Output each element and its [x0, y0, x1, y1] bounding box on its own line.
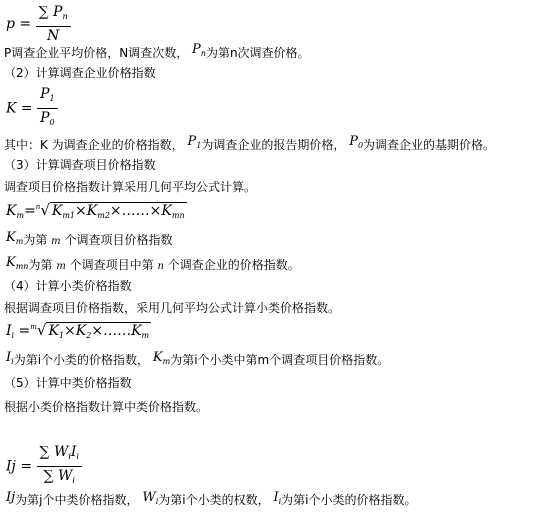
- fraction: ∑ Pn N: [36, 4, 71, 44]
- section-heading-5: （5）计算中类价格指数: [4, 376, 132, 390]
- formula-enterprise-index: K = P1 P0: [6, 86, 58, 131]
- formula-average-price: p = ∑ Pn N: [6, 4, 71, 44]
- equals-sign: =: [19, 16, 31, 32]
- description-line-6: 根据调查项目价格指数，采用几何平均公式计算小类价格指数。: [4, 301, 340, 315]
- symbol-pn: Pn: [192, 42, 206, 57]
- section-heading-3: （3）计算调查项目价格指数: [4, 158, 156, 172]
- formula-lhs: p: [6, 16, 15, 32]
- definition-line-5: Kmn为第 m 个调查项目中第 n 个调查企业的价格指数。: [6, 258, 300, 277]
- definition-line-4: Km为第 m 个调查项目价格指数: [6, 233, 172, 252]
- definition-line-7: Ii为第i个小类的价格指数， Km为第i个小类中第m个调查项目价格指数。: [6, 353, 389, 372]
- definition-line-2: 其中：K 为调查企业的价格指数， P1为调查企业的报告期价格， P0为调查企业的…: [4, 138, 495, 157]
- section-heading-4: （4）计算小类价格指数: [4, 279, 132, 293]
- description-line-8: 根据小类价格指数计算中类价格指数。: [4, 400, 208, 414]
- fraction: P1 P0: [37, 86, 58, 131]
- formula-subclass-index: Ii =m√K1×K2×……Km: [6, 321, 151, 340]
- description-line-3: 调查项目价格指数计算采用几何平均公式计算。: [4, 180, 256, 194]
- definition-line-1: P调查企业平均价格，N调查次数， Pn为第n次调查价格。: [4, 46, 310, 65]
- section-heading-2: （2）计算调查企业价格指数: [4, 66, 156, 80]
- numerator: ∑ Pn: [36, 4, 71, 27]
- denominator: N: [47, 27, 59, 44]
- formula-middle-class-index: Ij = ∑ WiIi ∑ Wi: [6, 444, 82, 489]
- definition-line-9: Ij为第j个中类价格指数， Wi为第i个小类的权数， Ii为第i个小类的价格指数…: [6, 493, 417, 512]
- formula-item-index: Km=n√Km1×Km2×……×Kmn: [6, 201, 187, 220]
